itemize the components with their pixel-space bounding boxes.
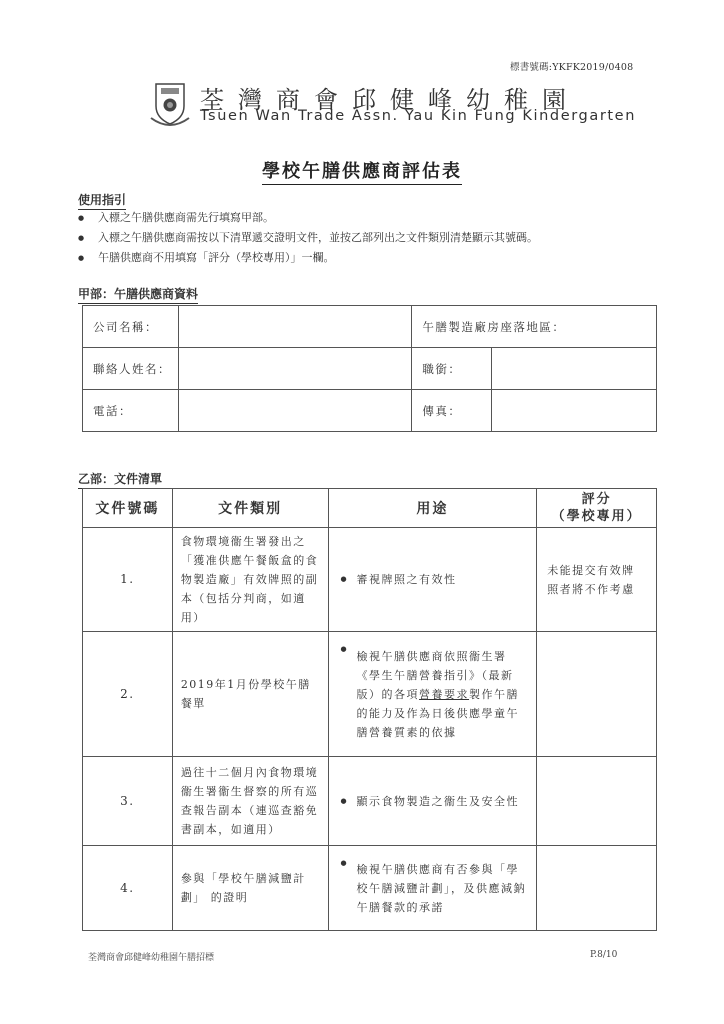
doc-purpose: ●審視牌照之有效性	[328, 528, 537, 632]
score-cell[interactable]	[537, 846, 657, 931]
score-cell[interactable]: 未能提交有效牌照者將不作考慮	[537, 528, 657, 632]
bullet-icon: ●	[341, 570, 349, 589]
doc-category: 參與「學校午膳減鹽計劃」 的證明	[172, 846, 328, 931]
fax-label: 傳真：	[412, 390, 492, 432]
table-row: 4. 參與「學校午膳減鹽計劃」 的證明 ●檢視午膳供應商有否參與「學校午膳減鹽計…	[83, 846, 657, 931]
doc-number: 3.	[83, 757, 173, 846]
bullet-icon: ●	[341, 854, 349, 873]
factory-location-field[interactable]: 午膳製造廠房座落地區：	[412, 306, 657, 348]
doc-number: 2.	[83, 632, 173, 757]
tender-number: 標書號碼:YKFK2019/0408	[510, 59, 633, 73]
col-header-doc-type: 文件類別	[172, 489, 328, 528]
doc-category: 過往十二個月內食物環境衞生署衞生督察的所有巡查報告副本（連巡查豁免書副本，如適用…	[172, 757, 328, 846]
footer-title: 荃灣商會邱健峰幼稚園午膳招標	[88, 950, 214, 963]
phone-field[interactable]	[178, 390, 412, 432]
col-header-score: 評分 （學校專用）	[537, 489, 657, 528]
score-cell[interactable]	[537, 632, 657, 757]
doc-number: 1.	[83, 528, 173, 632]
phone-label: 電話：	[83, 390, 179, 432]
company-name-field[interactable]	[178, 306, 412, 348]
job-title-label: 職銜：	[412, 348, 492, 390]
doc-purpose: ●顯示食物製造之衞生及安全性	[328, 757, 537, 846]
doc-category: 食物環境衞生署發出之「獲准供應午餐飯盒的食物製造廠」有效牌照的副本（包括分判商，…	[172, 528, 328, 632]
school-name-en: Tsuen Wan Trade Assn. Yau Kin Fung Kinde…	[200, 108, 636, 124]
doc-number: 4.	[83, 846, 173, 931]
document-checklist-table: 文件號碼 文件類別 用途 評分 （學校專用） 1. 食物環境衞生署發出之「獲准供…	[82, 488, 657, 931]
doc-category: 2019年1月份學校午膳餐單	[172, 632, 328, 757]
company-name-label: 公司名稱：	[83, 306, 179, 348]
table-row: 2. 2019年1月份學校午膳餐單 ●檢視午膳供應商依照衞生署《學生午膳營養指引…	[83, 632, 657, 757]
job-title-field[interactable]	[492, 348, 657, 390]
doc-purpose: ●檢視午膳供應商有否參與「學校午膳減鹽計劃」，及供應減鈉午膳餐款的承諾	[328, 846, 537, 931]
bullet-icon: ●	[341, 640, 349, 659]
part-b-heading: 乙部：文件清單	[78, 470, 162, 489]
table-row: 1. 食物環境衞生署發出之「獲准供應午餐飯盒的食物製造廠」有效牌照的副本（包括分…	[83, 528, 657, 632]
guide-item: 午膳供應商不用填寫「評分（學校專用）」一欄。	[78, 248, 538, 268]
score-cell[interactable]	[537, 757, 657, 846]
contact-name-field[interactable]	[178, 348, 412, 390]
contact-name-label: 聯絡人姓名：	[83, 348, 179, 390]
document-title: 學校午膳供應商評估表	[0, 157, 724, 183]
col-header-doc-no: 文件號碼	[83, 489, 173, 528]
guide-item: 入標之午膳供應商需按以下清單遞交證明文件，並按乙部列出之文件類別清楚顯示其號碼。	[78, 228, 538, 248]
col-header-purpose: 用途	[328, 489, 537, 528]
fax-field[interactable]	[492, 390, 657, 432]
school-crest-icon	[150, 80, 190, 130]
factory-location-label: 午膳製造廠房座落地區：	[422, 320, 565, 334]
doc-purpose: ●檢視午膳供應商依照衞生署《學生午膳營養指引》（最新版）的各項營養要求製作午膳的…	[328, 632, 537, 757]
page-number: P.8/10	[590, 950, 617, 960]
part-a-heading: 甲部：午膳供應商資料	[78, 285, 198, 304]
supplier-info-table: 公司名稱： 午膳製造廠房座落地區： 聯絡人姓名： 職銜： 電話： 傳真：	[82, 305, 657, 432]
table-row: 3. 過往十二個月內食物環境衞生署衞生督察的所有巡查報告副本（連巡查豁免書副本，…	[83, 757, 657, 846]
guide-item: 入標之午膳供應商需先行填寫甲部。	[78, 208, 538, 228]
bullet-icon: ●	[341, 792, 349, 811]
guide-list: 入標之午膳供應商需先行填寫甲部。 入標之午膳供應商需按以下清單遞交證明文件，並按…	[78, 208, 538, 268]
